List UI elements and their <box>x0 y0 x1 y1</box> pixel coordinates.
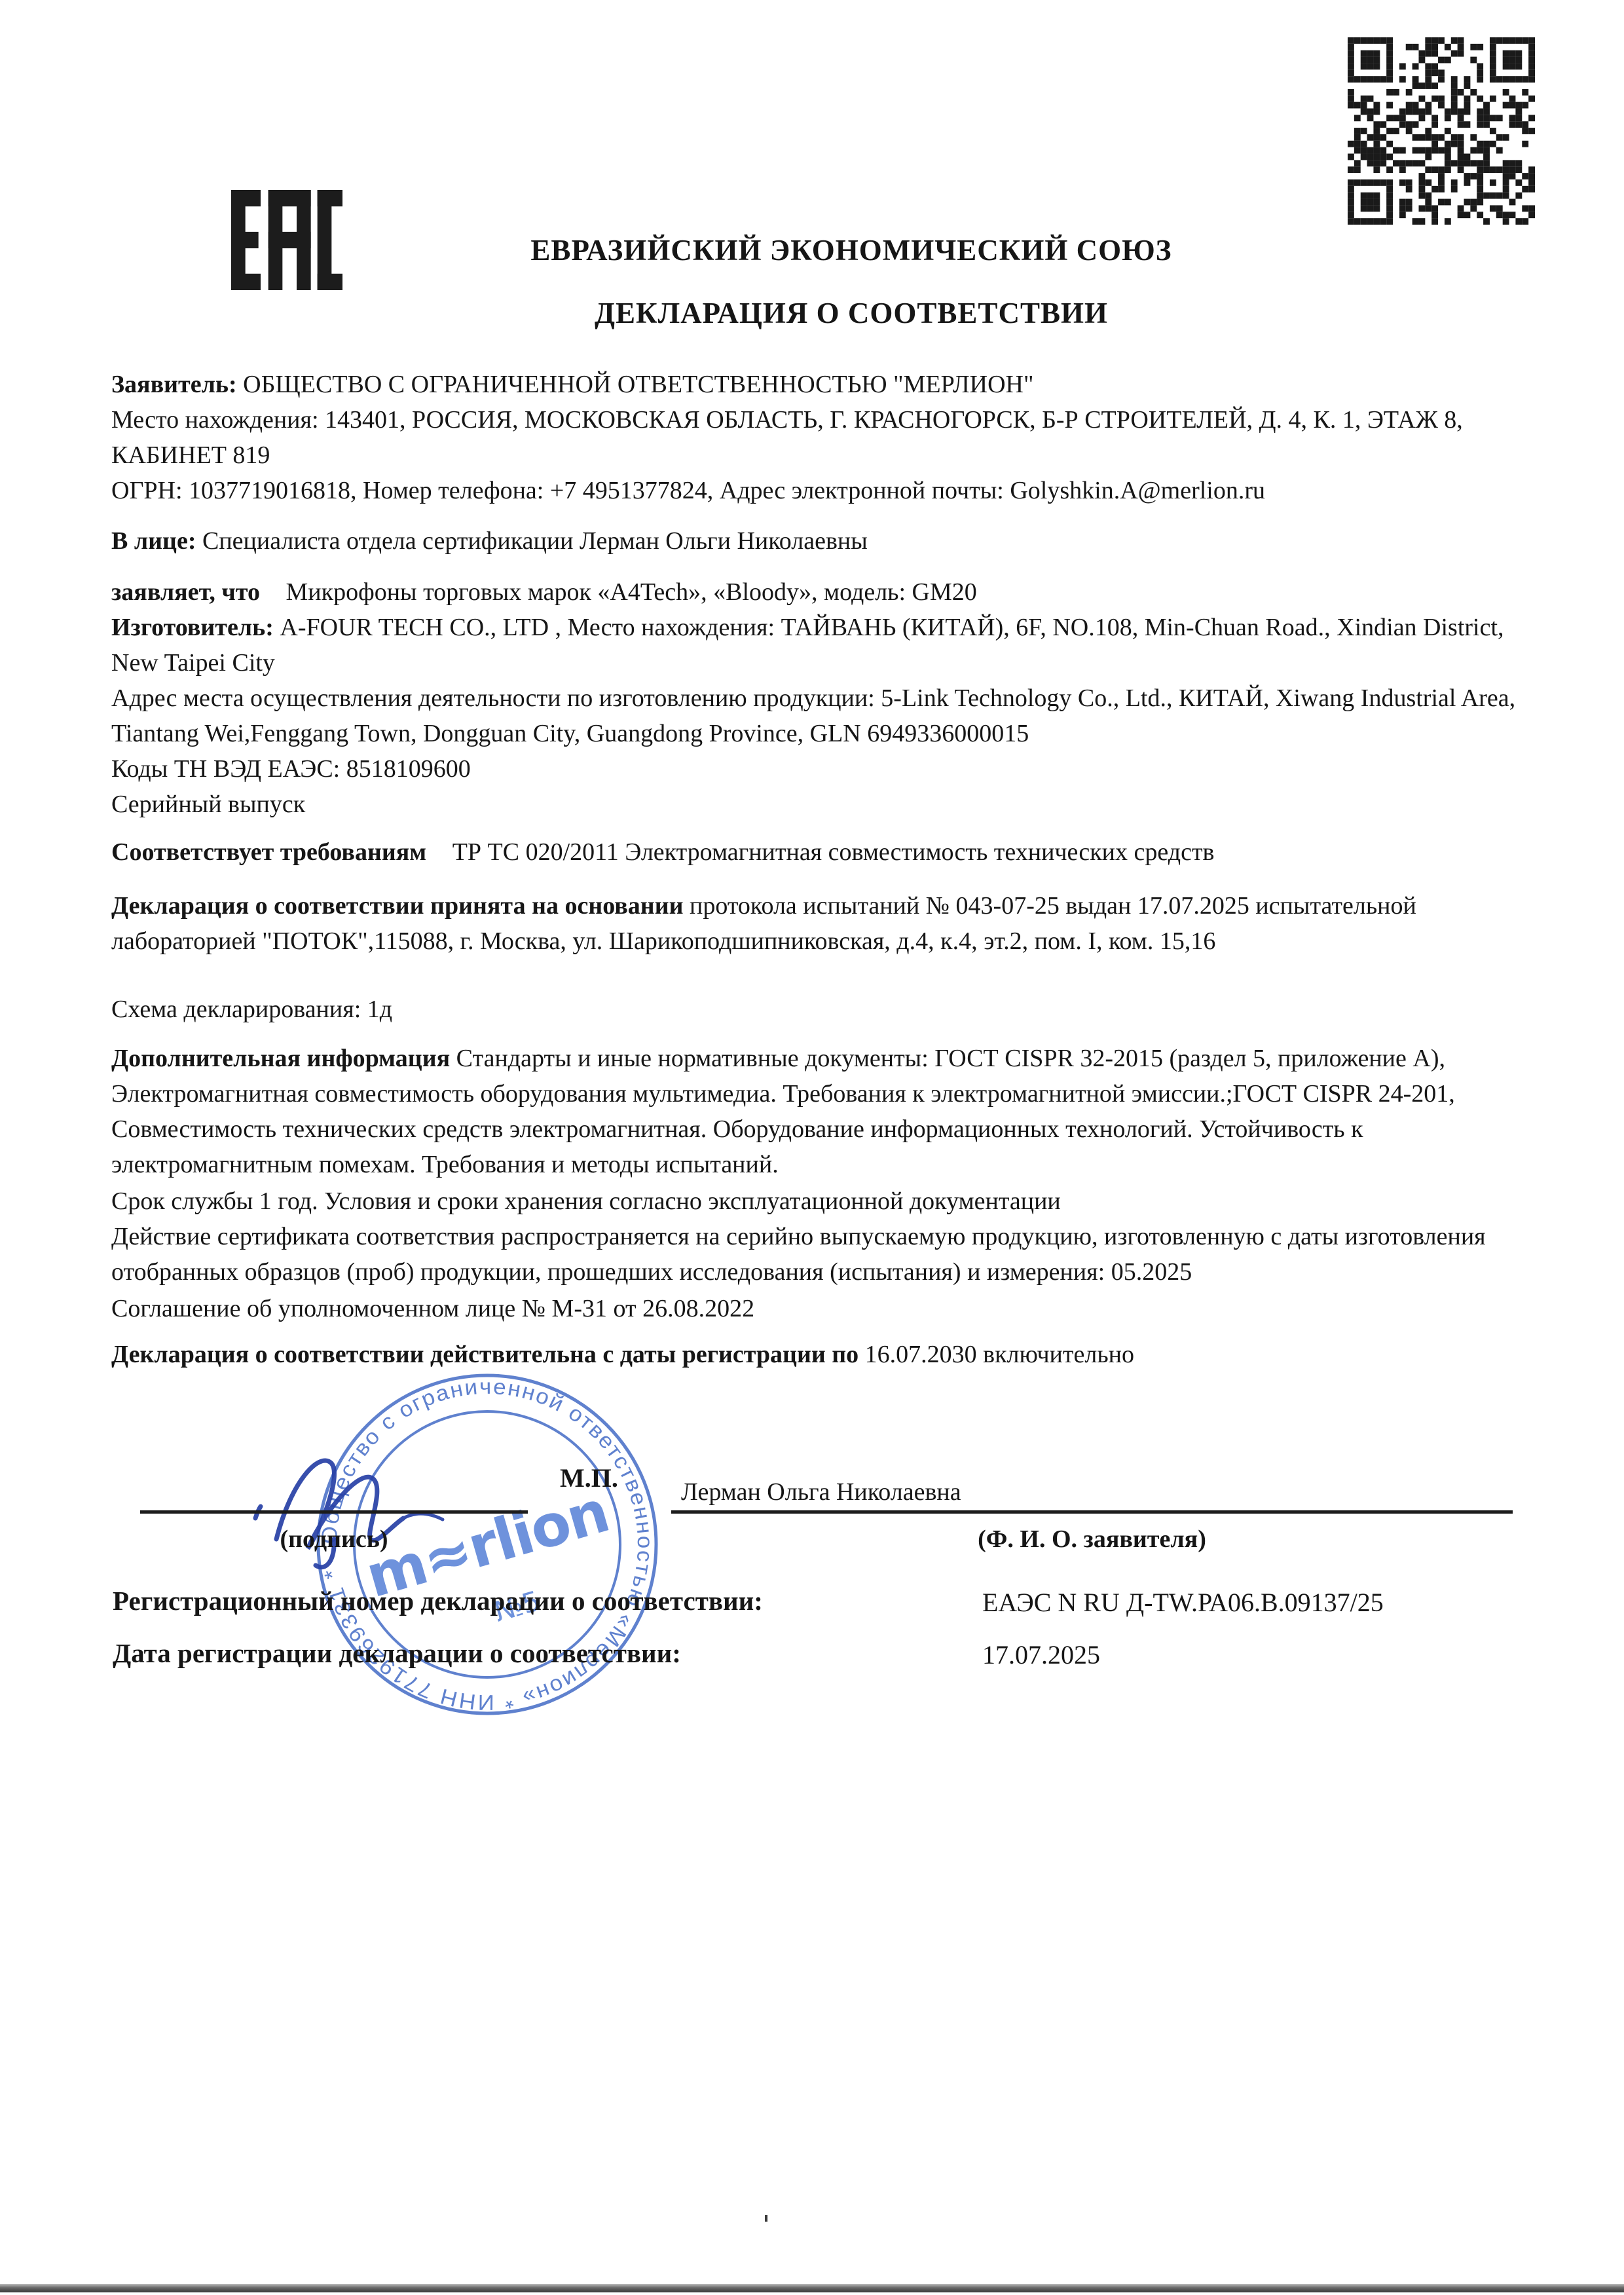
manufacturer-value: A-FOUR TECH CO., LTD , Место нахождения:… <box>111 614 1504 677</box>
scan-speck <box>765 2215 767 2222</box>
manufacturer-label: Изготовитель: <box>111 614 274 641</box>
registration-number-label: Регистрационный номер декларации о соотв… <box>113 1585 763 1616</box>
manufacturer-line: Изготовитель: A-FOUR TECH CO., LTD , Мес… <box>111 610 1516 681</box>
declares-label: заявляет, что <box>111 578 260 606</box>
in-person-line: В лице: Специалиста отдела сертификации … <box>111 523 1516 559</box>
production-site-line: Адрес места осуществления деятельности п… <box>111 681 1516 751</box>
registration-date-label: Дата регистрации декларации о соответств… <box>113 1637 681 1669</box>
page-title: ДЕКЛАРАЦИЯ О СООТВЕТСТВИИ <box>111 296 1591 330</box>
fio-value: Лерман Ольга Николаевна <box>681 1478 961 1506</box>
fio-line <box>671 1510 1513 1514</box>
qr-code-icon <box>1348 37 1535 225</box>
union-title: ЕВРАЗИЙСКИЙ ЭКОНОМИЧЕСКИЙ СОЮЗ <box>111 233 1591 267</box>
signature-caption: (подпись) <box>140 1525 528 1554</box>
valid-until-line: Декларация о соответствии действительна … <box>111 1337 1516 1372</box>
in-person-value: Специалиста отдела сертификации Лерман О… <box>202 527 868 555</box>
complies-label: Соответствует требованиям <box>111 838 426 866</box>
ogrn-contacts: ОГРН: 1037719016818, Номер телефона: +7 … <box>111 477 1265 504</box>
validity-scope-line: Действие сертификата соответствия распро… <box>111 1219 1516 1290</box>
declaration-document: ЕВРАЗИЙСКИЙ ЭКОНОМИЧЕСКИЙ СОЮЗ ДЕКЛАРАЦИ… <box>0 0 1624 2295</box>
applicant-label: Заявитель: <box>111 371 237 398</box>
issue-type: Серийный выпуск <box>111 791 305 818</box>
additional-info-line: Дополнительная информация Стандарты и ин… <box>111 1041 1516 1182</box>
registration-number-value: ЕАЭС N RU Д-TW.РА06.В.09137/25 <box>982 1587 1384 1618</box>
basis-label: Декларация о соответствии принята на осн… <box>111 892 683 920</box>
in-person-label: В лице: <box>111 527 196 555</box>
service-life: Срок службы 1 год. Условия и сроки хране… <box>111 1187 1061 1215</box>
registration-date-value: 17.07.2025 <box>982 1639 1100 1670</box>
applicant-address: Место нахождения: 143401, РОССИЯ, МОСКОВ… <box>111 406 1463 469</box>
scan-bottom-edge <box>0 2284 1624 2292</box>
applicant-address-line: Место нахождения: 143401, РОССИЯ, МОСКОВ… <box>111 402 1516 473</box>
basis-line: Декларация о соответствии принята на осн… <box>111 888 1516 959</box>
fio-caption: (Ф. И. О. заявителя) <box>671 1525 1513 1554</box>
complies-value: ТР ТС 020/2011 Электромагнитная совмести… <box>452 838 1215 866</box>
agreement: Соглашение об уполномоченном лице № М-31… <box>111 1295 754 1322</box>
scheme-line: Схема декларирования: 1д <box>111 992 1516 1027</box>
service-life-line: Срок службы 1 год. Условия и сроки хране… <box>111 1184 1516 1219</box>
applicant-line: Заявитель: ОБЩЕСТВО С ОГРАНИЧЕННОЙ ОТВЕТ… <box>111 367 1516 402</box>
production-site: Адрес места осуществления деятельности п… <box>111 684 1515 747</box>
complies-line: Соответствует требованиям ТР ТС 020/2011… <box>111 834 1516 870</box>
ogrn-line: ОГРН: 1037719016818, Номер телефона: +7 … <box>111 473 1516 508</box>
tnved-line: Коды ТН ВЭД ЕАЭС: 8518109600 <box>111 751 1516 787</box>
signature-line <box>140 1510 528 1514</box>
issue-type-line: Серийный выпуск <box>111 787 1516 822</box>
agreement-line: Соглашение об уполномоченном лице № М-31… <box>111 1291 1516 1326</box>
tnved-codes: Коды ТН ВЭД ЕАЭС: 8518109600 <box>111 755 471 783</box>
applicant-value: ОБЩЕСТВО С ОГРАНИЧЕННОЙ ОТВЕТСТВЕННОСТЬЮ… <box>243 371 1033 398</box>
valid-until-label: Декларация о соответствии действительна … <box>111 1341 858 1368</box>
valid-until-value: 16.07.2030 включительно <box>865 1341 1134 1368</box>
validity-scope: Действие сертификата соответствия распро… <box>111 1223 1486 1286</box>
additional-info-label: Дополнительная информация <box>111 1045 450 1072</box>
mp-label: М.П. <box>560 1463 618 1493</box>
product-value: Микрофоны торговых марок «A4Tech», «Bloo… <box>286 578 977 606</box>
declares-line: заявляет, что Микрофоны торговых марок «… <box>111 574 1516 610</box>
scheme-value: Схема декларирования: 1д <box>111 996 392 1023</box>
